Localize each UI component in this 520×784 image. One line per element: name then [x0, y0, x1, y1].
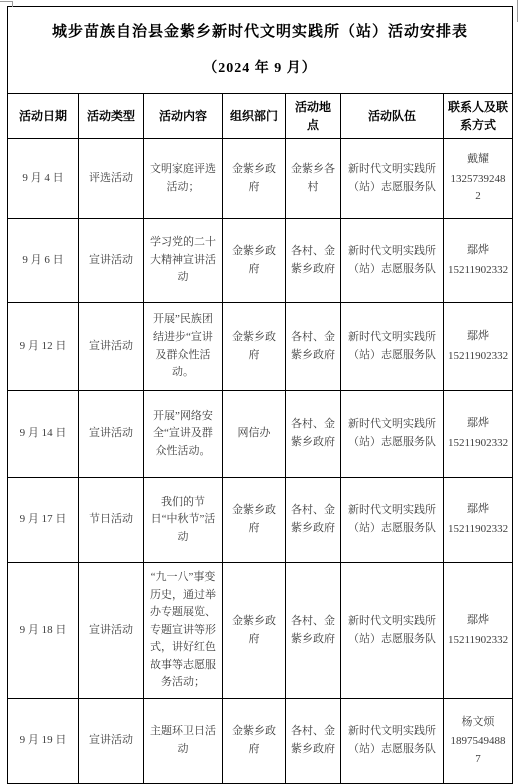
cell-content: 主题环卫日活动 [144, 699, 223, 784]
cell-content: 文明家庭评选活动； [144, 139, 223, 219]
cell-date: 9 月 12 日 [8, 303, 79, 391]
cell-place: 各村、金紫乡政府 [286, 303, 341, 391]
cell-content: 学习党的二十大精神宣讲活动 [144, 219, 223, 303]
cell-content: “九一八”事变历史，通过举办专题展览、专题宣讲等形式，讲好红色故事等志愿服务活动… [144, 563, 223, 699]
cell-type: 宣讲活动 [79, 699, 144, 784]
cell-type: 节日活动 [79, 478, 144, 563]
col-header-dept: 组织部门 [223, 94, 286, 139]
contact-name: 鄢烨 [448, 612, 508, 630]
contact-name: 戴耀 [448, 151, 508, 169]
contact-phone: 15211902332 [448, 262, 508, 280]
table-row: 9 月 19 日 宣讲活动 主题环卫日活动 金紫乡政府 各村、金紫乡政府 新时代… [8, 699, 513, 784]
cell-team: 新时代文明实践所（站）志愿服务队 [341, 219, 444, 303]
contact-phone: 15211902332 [448, 632, 508, 650]
cell-contact: 杨文烦 18975494887 [444, 699, 513, 784]
header-row: 活动日期 活动类型 活动内容 组织部门 活动地点 活动队伍 联系人及联系方式 [8, 94, 513, 139]
contact-phone: 15211902332 [448, 348, 508, 366]
cell-team: 新时代文明实践所（站）志愿服务队 [341, 391, 444, 478]
cell-place: 各村、金紫乡政府 [286, 219, 341, 303]
contact-phone: 15211902332 [448, 521, 508, 539]
contact-phone: 18975494887 [448, 733, 508, 768]
table-row: 9 月 4 日 评选活动 文明家庭评选活动； 金紫乡政府 金紫乡各村 新时代文明… [8, 139, 513, 219]
contact-name: 鄢烨 [448, 501, 508, 519]
col-header-place: 活动地点 [286, 94, 341, 139]
cell-place: 金紫乡各村 [286, 139, 341, 219]
table-row: 9 月 6 日 宣讲活动 学习党的二十大精神宣讲活动 金紫乡政府 各村、金紫乡政… [8, 219, 513, 303]
contact-phone: 13257392482 [448, 171, 508, 206]
cell-contact: 鄢烨 15211902332 [444, 391, 513, 478]
cell-dept: 金紫乡政府 [223, 478, 286, 563]
cell-date: 9 月 19 日 [8, 699, 79, 784]
cell-type: 宣讲活动 [79, 219, 144, 303]
contact-name: 鄢烨 [448, 242, 508, 260]
cell-place: 各村、金紫乡政府 [286, 699, 341, 784]
contact-name: 鄢烨 [448, 328, 508, 346]
table-row: 9 月 18 日 宣讲活动 “九一八”事变历史，通过举办专题展览、专题宣讲等形式… [8, 563, 513, 699]
cell-team: 新时代文明实践所（站）志愿服务队 [341, 699, 444, 784]
page-subtitle-month: （2024 年 9 月） [12, 58, 508, 80]
cell-content: 开展”网络安全“宣讲及群众性活动。 [144, 391, 223, 478]
cell-date: 9 月 17 日 [8, 478, 79, 563]
cell-contact: 鄢烨 15211902332 [444, 478, 513, 563]
cell-place: 各村、金紫乡政府 [286, 391, 341, 478]
cell-team: 新时代文明实践所（站）志愿服务队 [341, 303, 444, 391]
title-row: 城步苗族自治县金紫乡新时代文明实践所（站）活动安排表 （2024 年 9 月） [8, 7, 513, 94]
cell-date: 9 月 4 日 [8, 139, 79, 219]
cell-date: 9 月 14 日 [8, 391, 79, 478]
cell-dept: 金紫乡政府 [223, 139, 286, 219]
cell-contact: 戴耀 13257392482 [444, 139, 513, 219]
cell-place: 各村、金紫乡政府 [286, 478, 341, 563]
cell-type: 宣讲活动 [79, 563, 144, 699]
col-header-type: 活动类型 [79, 94, 144, 139]
cell-team: 新时代文明实践所（站）志愿服务队 [341, 478, 444, 563]
screenshot-grid-fragment-topleft [0, 1, 13, 7]
cell-date: 9 月 6 日 [8, 219, 79, 303]
table-title: 城步苗族自治县金紫乡新时代文明实践所（站）活动安排表 （2024 年 9 月） [8, 7, 513, 94]
contact-name: 杨文烦 [448, 714, 508, 732]
cell-team: 新时代文明实践所（站）志愿服务队 [341, 563, 444, 699]
cell-type: 评选活动 [79, 139, 144, 219]
cell-content: 开展”民族团结进步“宣讲及群众性活动。 [144, 303, 223, 391]
cell-content: 我们的节日“中秋节”活动 [144, 478, 223, 563]
cell-dept: 网信办 [223, 391, 286, 478]
table-row: 9 月 17 日 节日活动 我们的节日“中秋节”活动 金紫乡政府 各村、金紫乡政… [8, 478, 513, 563]
screenshot-grid-fragment-topright [517, 0, 518, 22]
contact-phone: 15211902332 [448, 435, 508, 453]
cell-type: 宣讲活动 [79, 303, 144, 391]
col-header-content: 活动内容 [144, 94, 223, 139]
col-header-team: 活动队伍 [341, 94, 444, 139]
col-header-date: 活动日期 [8, 94, 79, 139]
contact-name: 鄢烨 [448, 415, 508, 433]
cell-dept: 金紫乡政府 [223, 303, 286, 391]
activity-schedule-table: 城步苗族自治县金紫乡新时代文明实践所（站）活动安排表 （2024 年 9 月） … [7, 6, 513, 784]
cell-place: 各村、金紫乡政府 [286, 563, 341, 699]
cell-contact: 鄢烨 15211902332 [444, 219, 513, 303]
cell-dept: 金紫乡政府 [223, 699, 286, 784]
table-row: 9 月 14 日 宣讲活动 开展”网络安全“宣讲及群众性活动。 网信办 各村、金… [8, 391, 513, 478]
cell-contact: 鄢烨 15211902332 [444, 563, 513, 699]
cell-team: 新时代文明实践所（站）志愿服务队 [341, 139, 444, 219]
cell-date: 9 月 18 日 [8, 563, 79, 699]
cell-dept: 金紫乡政府 [223, 219, 286, 303]
cell-contact: 鄢烨 15211902332 [444, 303, 513, 391]
col-header-contact: 联系人及联系方式 [444, 94, 513, 139]
cell-dept: 金紫乡政府 [223, 563, 286, 699]
table-row: 9 月 12 日 宣讲活动 开展”民族团结进步“宣讲及群众性活动。 金紫乡政府 … [8, 303, 513, 391]
cell-type: 宣讲活动 [79, 391, 144, 478]
page-title: 城步苗族自治县金紫乡新时代文明实践所（站）活动安排表 [12, 20, 508, 44]
